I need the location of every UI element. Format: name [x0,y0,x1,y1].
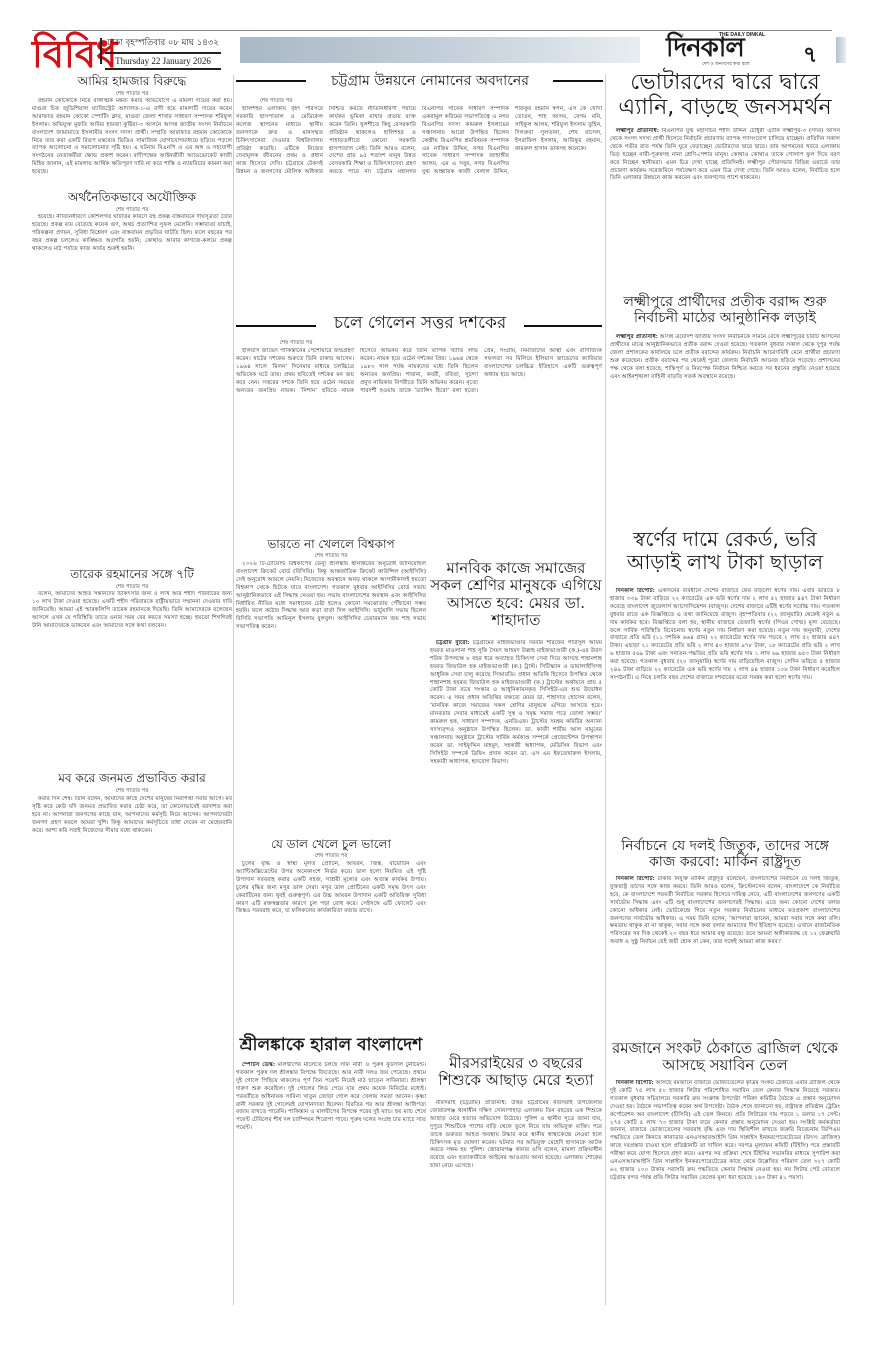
headline-rule-left [236,325,316,327]
headline[interactable]: চলে গেলেন সত্তর দশকের [320,314,520,334]
article-body: স্পোর্টস ডেস্ক: মালদ্বীপের মালেতে চলছে স… [236,1062,426,1312]
column-divider [233,75,234,1305]
continued-label: শেষ পাতার পর [236,853,426,861]
continued-label: শেষ পাতার পর [236,553,426,561]
dateline: লক্ষ্মীপুর প্রতিনিধি: [616,128,659,134]
headline-rule-left [236,80,306,82]
paragraph: একদিনের ব্যবধানে দেশের বাজারে ফের বাড়লো… [610,588,840,681]
paragraph: চুলের বৃদ্ধি ও স্বাস্থ্য মূলত প্রোটিন, আ… [236,861,426,916]
headline-rule-right [524,325,602,327]
section-divider [100,38,102,64]
logo-tagline: দেশ ও জনগণের কথা বলে [702,61,750,68]
article-body: লক্ষ্মীপুর প্রতিনিধি: বিএনপির যুগ্ম মহাস… [610,128,840,293]
paragraph: মালদ্বীপের মালেতে চলছে সাফ নারী ও পুরুষ … [236,1062,426,1131]
continued-label: শেষ পাতার পর [236,98,316,106]
continued-label: শেষ পাতার পর [236,340,356,348]
article-body: দিনকাল রিপোর্ট: ঢাকায় নিযুক্ত মার্কিন র… [610,876,840,1034]
paragraph: করার দিন শেষ। তিনি বলেন, আমাদের কাছে দেশ… [32,796,232,836]
headline[interactable]: নির্বাচনে যে দলই জিতুক, তাদের সঙ্গে কাজ … [610,838,840,870]
dateline: দিনকাল রিপোর্ট: [616,1080,654,1086]
headline[interactable]: অর্থনৈতিকভাবে অযৌক্তিক [32,191,232,205]
date-bengali: ঢাকা বৃহস্পতিবার ০৮ মাঘ ১৪৩২ [105,36,221,54]
paragraph: মীরসরাই (চট্টগ্রাম) প্রতিনিধি: উত্তর চট্… [430,1100,602,1171]
paragraph: রহমান কোকোকে নিয়ে ব্যঙ্গাত্মক মন্তব্য ক… [32,98,232,177]
article-body: চুলের বৃদ্ধি ও স্বাস্থ্য মূলত প্রোটিন, আ… [236,861,426,1013]
article-body: দিনকাল রিপোর্ট: আসছে রমজানে বাজারে ভোজ্য… [610,1080,840,1312]
article-body: মীরসরাই (চট্টগ্রাম) প্রতিনিধি: উত্তর চট্… [430,1100,602,1312]
article-body: হালিশহর এলাকায় বৃহৎ পরিসরে সরকারি হাসপা… [236,106,602,296]
paragraph: আসছে রমজানে বাজারে ভোজ্যতেলের কৃত্রিম সং… [610,1080,840,1181]
headline[interactable]: আমির হামজার বিরুদ্ধে [32,75,232,89]
article-body: লক্ষ্মীপুর প্রতিনিধি: আসন্ন ত্রয়োদশ জাত… [610,334,840,512]
date-english: Thursday 22 January 2026 [105,54,221,70]
article-body: ইলিয়াস জাভেদ পাকিস্তানের পেশোয়ারে জন্ম… [236,348,602,533]
headline[interactable]: শ্রীলঙ্কাকে হারাল বাংলাদেশ [236,1036,426,1056]
dateline: স্পোর্টস ডেস্ক: [242,1062,275,1068]
paragraph: ২০২৬ টি-টোয়েন্টি বিশ্বকাপের ভেন্যু শ্রী… [236,561,426,632]
paragraph: চট্টগ্রামের মাইজভাণ্ডার দরবার শরিফের গাউ… [430,640,602,765]
logo-main-text: দিনকাল [666,35,744,61]
page-edge-decoration [836,37,846,63]
article-body: রহমান কোকোকে নিয়ে ব্যঙ্গাত্মক মন্তব্য ক… [32,98,232,186]
paragraph: ঢাকায় নিযুক্ত মার্কিন রাষ্ট্রদূত বলেছেন… [610,876,840,945]
paragraph: আসন্ন ত্রয়োদশ জাতীয় সংসদ নির্বাচনকে সা… [610,334,840,380]
article-body: চট্টগ্রাম ব্যুরো: চট্টগ্রামের মাইজভাণ্ডা… [430,640,602,1040]
paragraph: বিএনপির যুগ্ম মহাসচিব শহীদ উদ্দিন চৌধুরী… [610,128,840,181]
headline[interactable]: তারেক রহমানের সঙ্গে ৭টি [32,568,232,582]
newspaper-logo: দৈনিক THE DAILY DINKAL দিনকাল দেশ ও জনগণ… [664,32,794,66]
headline[interactable]: মানবিক কাজে সমাজের সকল শ্রেণির মানুষকে এ… [430,560,602,629]
column-divider [605,75,606,1305]
paragraph: হয়েছে। নীতিনির্ধারণে কৌশলগত ঘাটতির কারণ… [32,214,232,254]
article-body: হয়েছে। নীতিনির্ধারণে কৌশলগত ঘাটতির কারণ… [32,214,232,566]
header-gradient-band [240,37,640,63]
paragraph: বলেন, আমাদের আহত সন্তানদের চিকিৎসার জন্য… [32,591,232,631]
dateline: দিনকাল রিপোর্ট: [616,876,655,882]
continued-label: শেষ পাতার পর [32,788,232,796]
headline[interactable]: যে ডাল খেলে চুল ভালো [236,838,426,852]
dateline: চট্টগ্রাম ব্যুরো: [436,640,469,646]
headline-rule-right [553,80,603,82]
article-body: দিনকাল রিপোর্ট: একদিনের ব্যবধানে দেশের ব… [610,588,840,833]
article-body: বলেন, আমাদের আহত সন্তানদের চিকিৎসার জন্য… [32,591,232,756]
article-body: ২০২৬ টি-টোয়েন্টি বিশ্বকাপের ভেন্যু শ্রী… [236,561,426,836]
article-body: করার দিন শেষ। তিনি বলেন, আমাদের কাছে দেশ… [32,796,232,1311]
dateline: লক্ষ্মীপুর প্রতিনিধি: [616,334,658,340]
headline[interactable]: মব করে জনমত প্রভাবিত করার [32,772,232,786]
headline[interactable]: রমজানে সংকট ঠেকাতে ব্রাজিল থেকে আসছে সয়… [610,1040,840,1075]
headline[interactable]: চট্টগ্রাম উন্নয়নে নোমানের অবদানের [310,73,550,89]
paragraph: হালিশহর এলাকায় বৃহৎ পরিসরে সরকারি হাসপা… [236,106,602,177]
headline[interactable]: ভোটারদের দ্বারে দ্বারে এ্যানি, বাড়ছে জন… [610,70,840,121]
paragraph: ইলিয়াস জাভেদ পাকিস্তানের পেশোয়ারে জন্ম… [236,348,602,395]
headline[interactable]: ভারতে না খেললে বিশ্বকাপ [236,538,426,552]
headline[interactable]: লক্ষ্মীপুরে প্রার্থীদের প্রতীক বরাদ্দ শু… [610,294,840,326]
headline[interactable]: স্বর্ণের দামে রেকর্ড, ভরি আড়াই লাখ টাকা… [610,528,840,574]
headline[interactable]: মীরসরাইয়ের ৩ বছরের শিশুকে আছাড় মেরে হত… [430,1055,602,1090]
dateline: দিনকাল রিপোর্ট: [616,588,655,594]
masthead-rule [32,30,832,31]
date-box: ঢাকা বৃহস্পতিবার ০৮ মাঘ ১৪৩২ Thursday 22… [105,36,221,70]
